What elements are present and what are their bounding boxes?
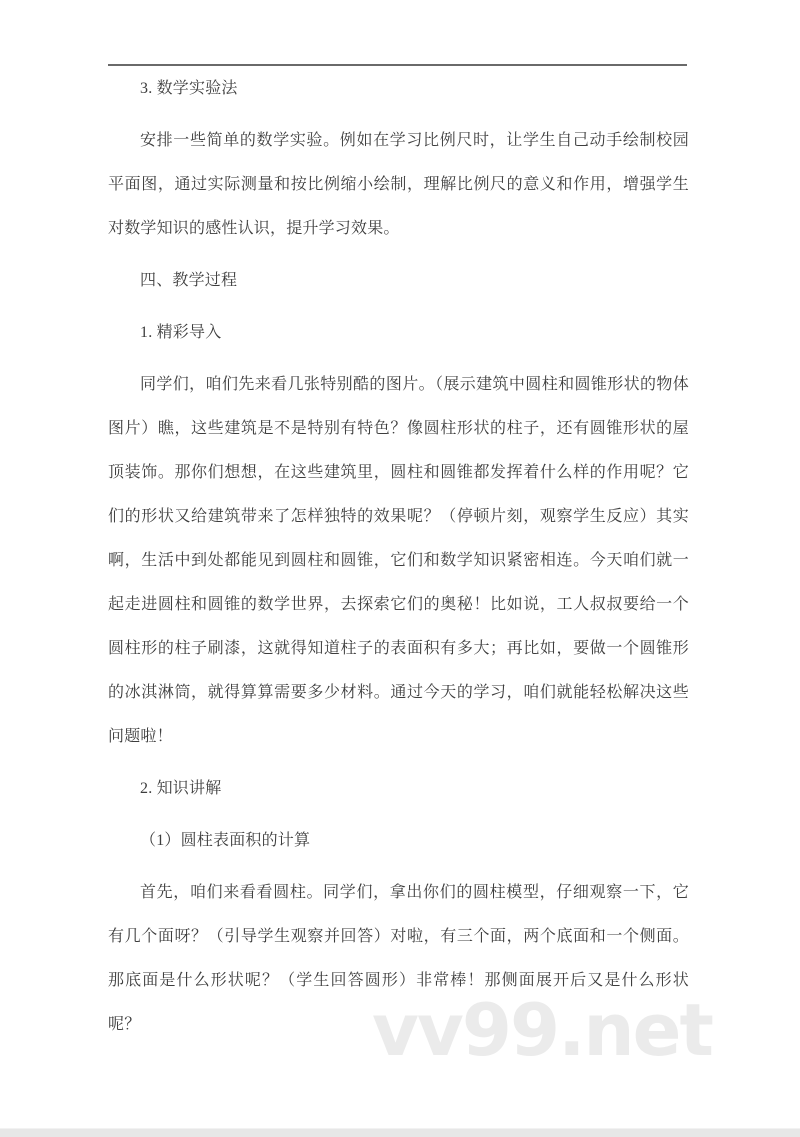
heading-block: 四、教学过程 — [108, 259, 689, 303]
document-content: 3. 数学实验法安排一些简单的数学实验。例如在学习比例尺时，让学生自己动手绘制校… — [108, 67, 689, 1055]
paragraph-block: 安排一些简单的数学实验。例如在学习比例尺时，让学生自己动手绘制校园平面图，通过实… — [108, 119, 689, 251]
heading-block: 2. 知识讲解 — [108, 767, 689, 811]
watermark-text: vv99.net — [372, 988, 712, 1072]
heading-block: 3. 数学实验法 — [108, 67, 689, 111]
header-rule — [108, 64, 687, 66]
heading-block: 1. 精彩导入 — [108, 311, 689, 355]
paragraph-block: 同学们，咱们先来看几张特别酷的图片。（展示建筑中圆柱和圆锥形状的物体图片）瞧，这… — [108, 363, 689, 759]
heading-block: （1）圆柱表面积的计算 — [108, 819, 689, 863]
page-bottom-edge — [0, 1128, 800, 1137]
document-page: 3. 数学实验法安排一些简单的数学实验。例如在学习比例尺时，让学生自己动手绘制校… — [0, 0, 800, 1137]
